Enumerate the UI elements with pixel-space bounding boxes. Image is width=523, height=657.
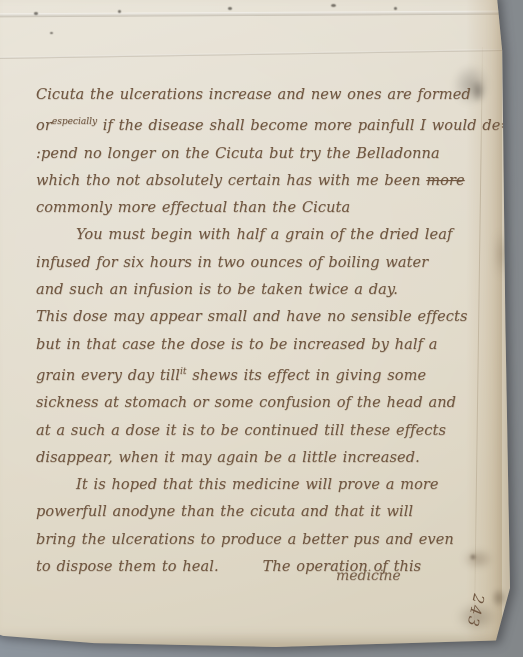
manuscript-text-segment: bring the ulcerations to produce a bette… bbox=[36, 532, 454, 548]
manuscript-line: at a such a dose it is to be continued t… bbox=[36, 418, 464, 445]
paper-speck bbox=[50, 32, 53, 34]
manuscript-text-segment: grain every day till bbox=[36, 368, 180, 384]
paper-speck bbox=[34, 12, 38, 15]
manuscript-line: :pend no longer on the Cicuta but try th… bbox=[36, 141, 464, 168]
manuscript-line: orespecially if the disease shall become… bbox=[36, 109, 464, 140]
manuscript-line: It is hoped that this medicine will prov… bbox=[36, 472, 464, 499]
paper-speck bbox=[394, 7, 397, 10]
manuscript-text-segment: :pend no longer on the Cicuta but try th… bbox=[36, 146, 440, 162]
manuscript-line: sickness at stomach or some confusion of… bbox=[36, 390, 464, 417]
manuscript-text-segment: Cicuta the ulcerations increase and new … bbox=[36, 87, 471, 103]
manuscript-line: bring the ulcerations to produce a bette… bbox=[36, 527, 464, 554]
paper-crease-line bbox=[0, 49, 510, 59]
manuscript-text-segment: It is hoped that this medicine will prov… bbox=[76, 477, 439, 493]
manuscript-text-segment: disappear, when it may again be a little… bbox=[36, 450, 420, 466]
manuscript-text-segment: powerfull anodyne than the cicuta and th… bbox=[36, 504, 413, 520]
manuscript-text-segment: and such an infusion is to be taken twic… bbox=[36, 282, 398, 298]
manuscript-line: disappear, when it may again be a little… bbox=[36, 445, 464, 472]
struck-through-word: more bbox=[426, 173, 464, 189]
manuscript-page: Cicuta the ulcerations increase and new … bbox=[0, 0, 510, 647]
manuscript-text-segment: to dispose them to heal. bbox=[36, 559, 219, 575]
inserted-word-above-line: especially bbox=[52, 117, 97, 127]
manuscript-line: but in that case the dose is to be incre… bbox=[36, 332, 464, 359]
paper-ridge-fold bbox=[0, 11, 510, 18]
manuscript-line: and such an infusion is to be taken twic… bbox=[36, 277, 464, 304]
manuscript-text-segment: sickness at stomach or some confusion of… bbox=[36, 395, 456, 411]
manuscript-text-segment: You must begin with half a grain of the … bbox=[76, 227, 452, 243]
manuscript-line: powerfull anodyne than the cicuta and th… bbox=[36, 499, 464, 526]
manuscript-line: commonly more effectual than the Cicuta bbox=[36, 195, 464, 222]
manuscript-line: Cicuta the ulcerations increase and new … bbox=[36, 82, 464, 109]
manuscript-text-segment: or bbox=[36, 118, 52, 134]
manuscript-text-segment: which tho not absolutely certain has wit… bbox=[36, 173, 426, 189]
manuscript-text-segment: if the disease shall become more painful… bbox=[97, 118, 513, 134]
paper-edge-toning bbox=[466, 0, 502, 647]
manuscript-line: infused for six hours in two ounces of b… bbox=[36, 250, 464, 277]
manuscript-text-segment: shews its effect in giving some bbox=[187, 368, 427, 384]
ink-stain bbox=[504, 296, 515, 311]
catchword: medicine bbox=[336, 568, 401, 584]
manuscript-line: which tho not absolutely certain has wit… bbox=[36, 168, 464, 195]
manuscript-lines: Cicuta the ulcerations increase and new … bbox=[36, 82, 464, 581]
page-wrapper: Cicuta the ulcerations increase and new … bbox=[0, 0, 523, 657]
manuscript-text-segment: commonly more effectual than the Cicuta bbox=[36, 200, 350, 216]
paper-speck bbox=[228, 7, 232, 10]
manuscript-text-segment: This dose may appear small and have no s… bbox=[36, 309, 467, 325]
paper-speck bbox=[331, 4, 336, 7]
manuscript-line: This dose may appear small and have no s… bbox=[36, 304, 464, 331]
manuscript-text-segment: at a such a dose it is to be continued t… bbox=[36, 423, 446, 439]
manuscript-line: You must begin with half a grain of the … bbox=[36, 222, 464, 249]
manuscript-text-segment: but in that case the dose is to be incre… bbox=[36, 337, 438, 353]
paper-speck bbox=[118, 10, 121, 13]
manuscript-line: grain every day tillit shews its effect … bbox=[36, 359, 464, 390]
manuscript-text-segment: infused for six hours in two ounces of b… bbox=[36, 255, 428, 271]
manuscript-photo: Cicuta the ulcerations increase and new … bbox=[0, 0, 523, 657]
